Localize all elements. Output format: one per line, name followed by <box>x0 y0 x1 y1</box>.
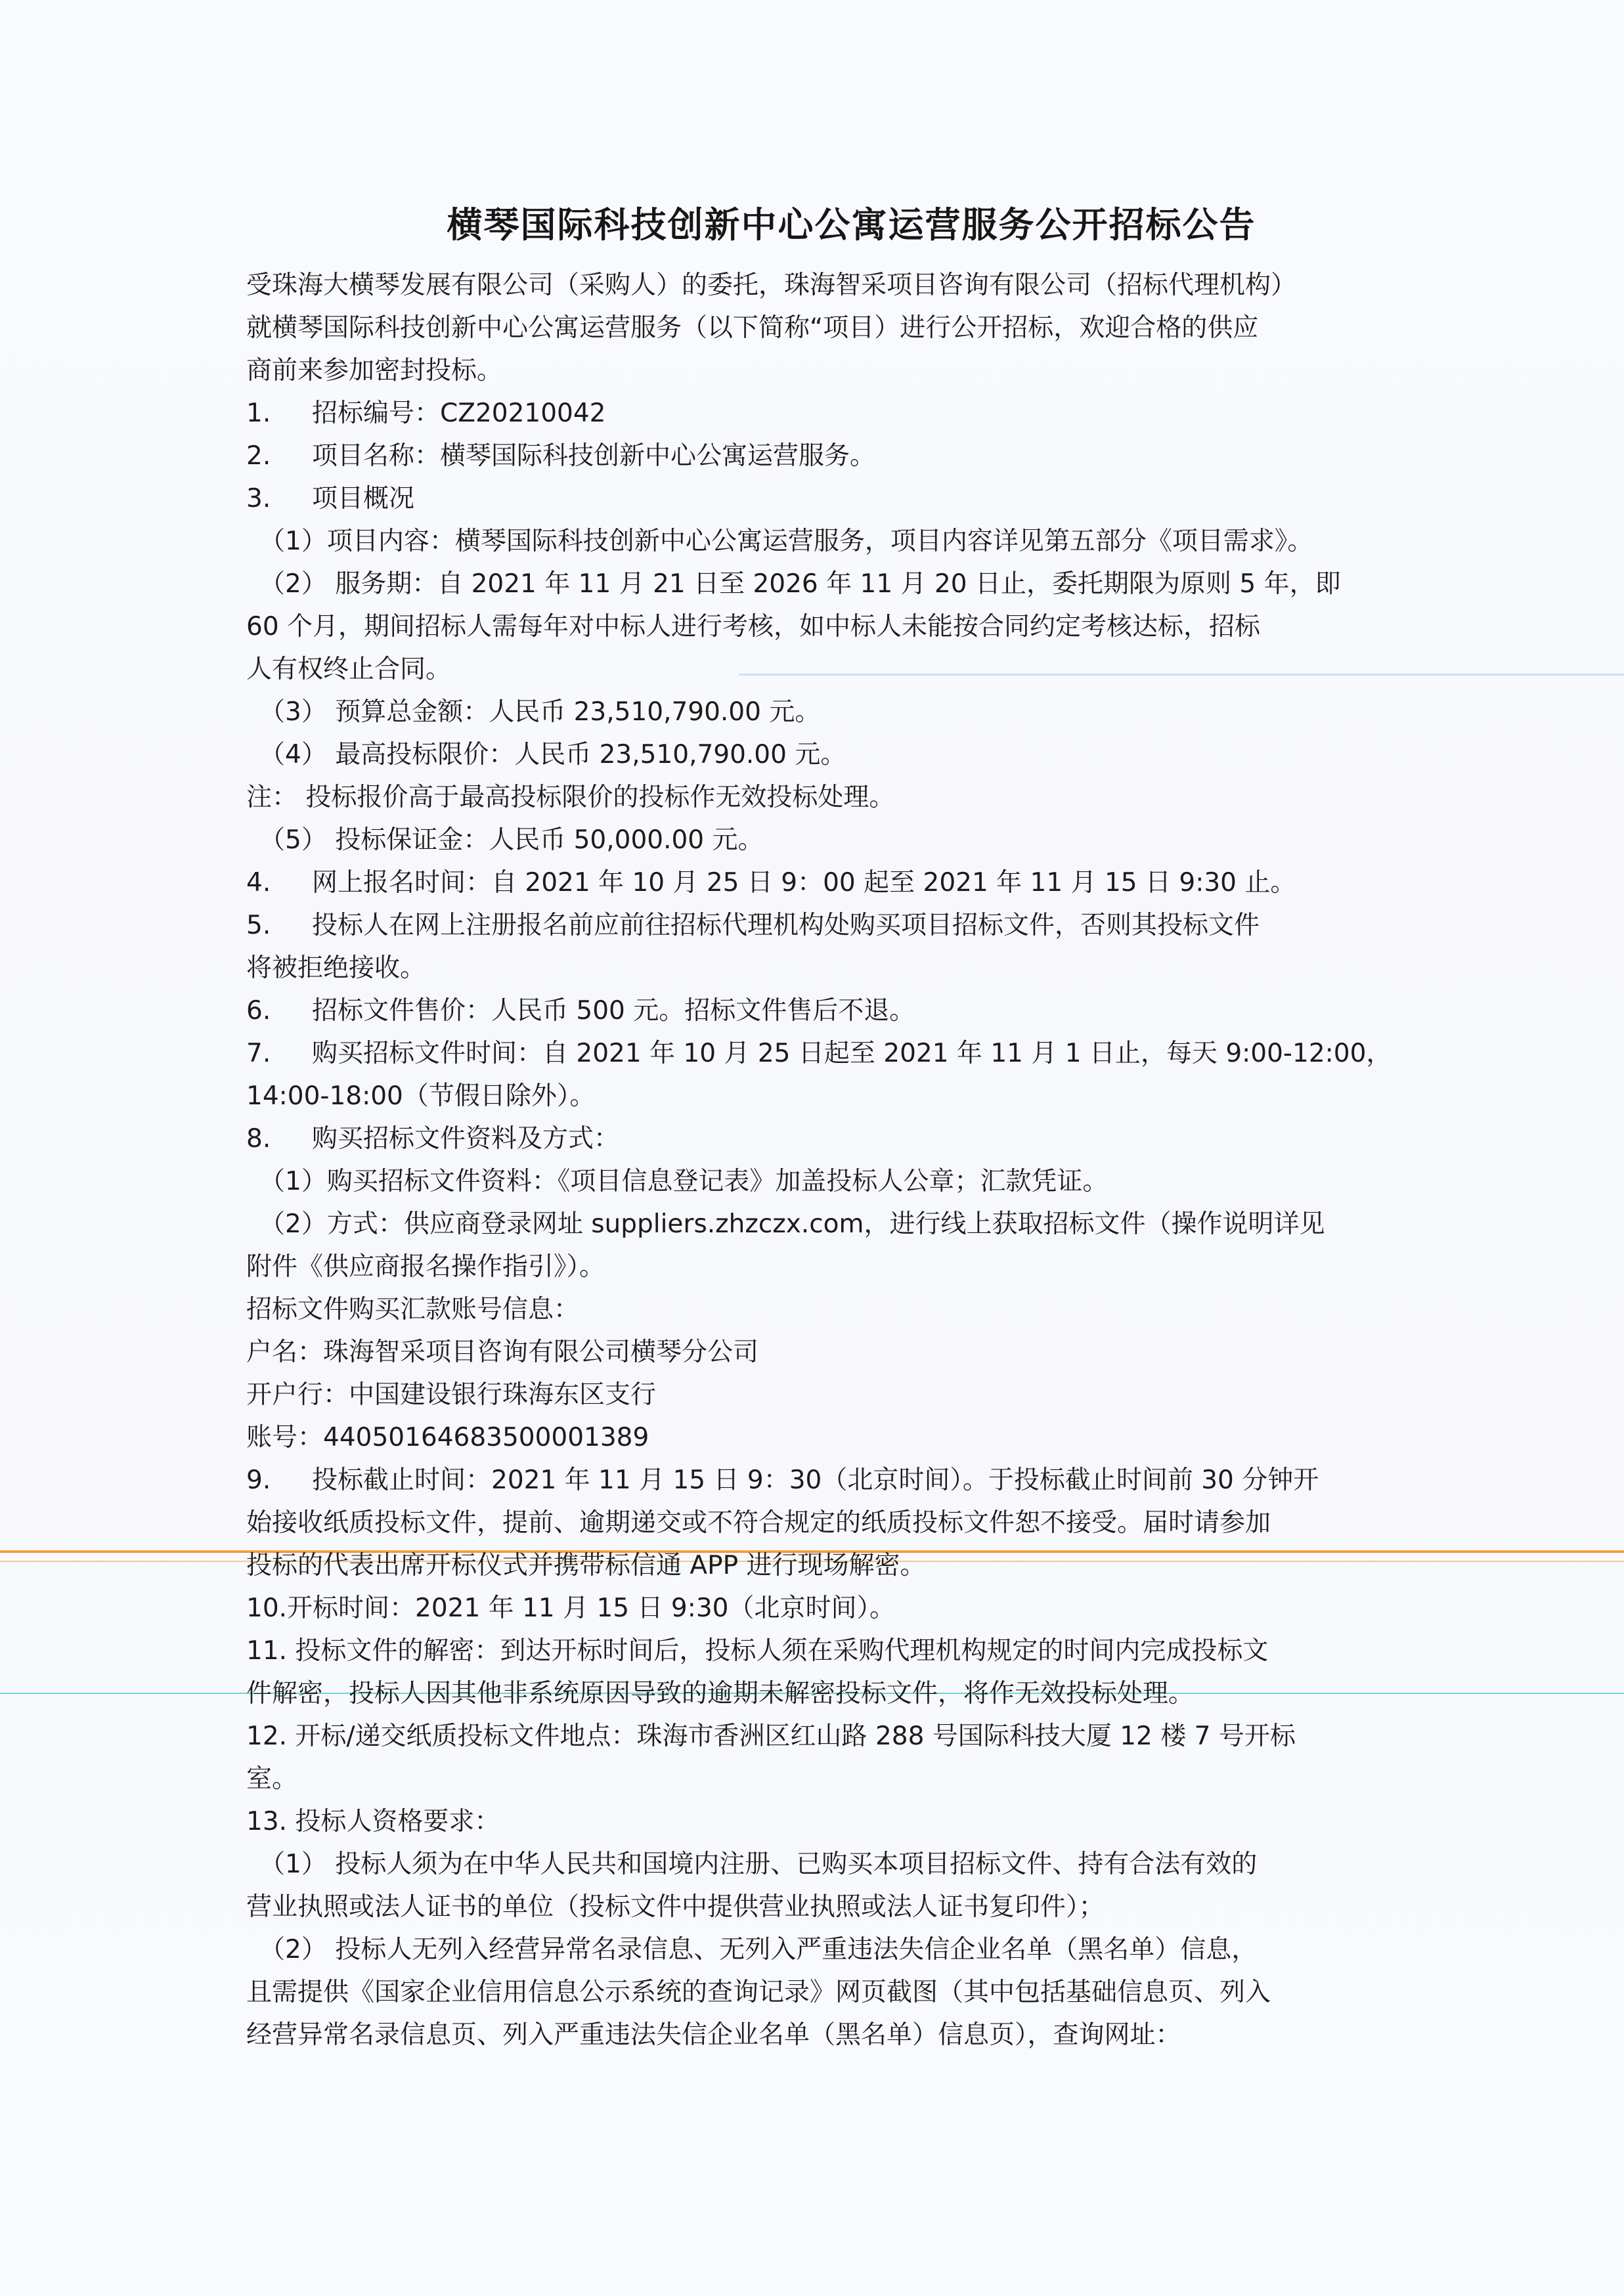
account-number: 账号：44050164683500001389 <box>246 1416 1386 1459</box>
line-text: 室。 <box>246 1764 297 1794</box>
item-number: 5. <box>246 904 312 947</box>
item-10-opening-time: 10.开标时间：2021 年 11 月 15 日 9:30（北京时间）。 <box>246 1587 1386 1630</box>
overview-content: （1）项目内容：横琴国际科技创新中心公寓运营服务，项目内容详见第五部分《项目需求… <box>246 520 1386 563</box>
line-text: 将被拒绝接收。 <box>246 953 426 983</box>
item-2-project-name: 2.项目名称：横琴国际科技创新中心公寓运营服务。 <box>246 435 1386 477</box>
line-text: （1）项目内容：横琴国际科技创新中心公寓运营服务，项目内容详见第五部分《项目需求… <box>259 527 1313 556</box>
item-9-cont-2: 投标的代表出席开标仪式并携带标信通 APP 进行现场解密。 <box>246 1544 1386 1587</box>
line-text: （2） 服务期：自 2021 年 11 月 21 日至 2026 年 11 月 … <box>259 569 1341 599</box>
item-number: 1. <box>246 392 312 435</box>
overview-service-period-cont-2: 人有权终止合同。 <box>246 648 1386 691</box>
item-12-cont: 室。 <box>246 1758 1386 1800</box>
line-text: 项目名称：横琴国际科技创新中心公寓运营服务。 <box>312 441 875 471</box>
item-number: 4. <box>246 861 312 904</box>
line-text: 账号：44050164683500001389 <box>246 1423 649 1452</box>
overview-max-bid: （4） 最高投标限价：人民币 23,510,790.00 元。 <box>246 733 1386 776</box>
line-text: （1）购买招标文件资料：《项目信息登记表》加盖投标人公章；汇款凭证。 <box>259 1167 1108 1196</box>
item-number: 9. <box>246 1459 312 1502</box>
item-1-bid-number: 1.招标编号：CZ20210042 <box>246 392 1386 435</box>
overview-service-period: （2） 服务期：自 2021 年 11 月 21 日至 2026 年 11 月 … <box>246 563 1386 605</box>
bank-name: 开户行：中国建设银行珠海东区支行 <box>246 1374 1386 1416</box>
line-text: 附件《供应商报名操作指引》）。 <box>246 1252 605 1282</box>
qualification-2: （2） 投标人无列入经营异常名录信息、无列入严重违法失信企业名单（黑名单）信息， <box>246 1928 1386 1971</box>
line-text: （2） 投标人无列入经营异常名录信息、无列入严重违法失信企业名单（黑名单）信息， <box>259 1935 1257 1964</box>
line-text: 注： 投标报价高于最高投标限价的投标作无效投标处理。 <box>246 783 894 812</box>
item-5-cont: 将被拒绝接收。 <box>246 947 1386 989</box>
item-number: 7. <box>246 1032 312 1075</box>
overview-note: 注： 投标报价高于最高投标限价的投标作无效投标处理。 <box>246 776 1386 819</box>
document-title: 横琴国际科技创新中心公寓运营服务公开招标公告 <box>0 197 1624 248</box>
line-text: 营业执照或法人证书的单位（投标文件中提供营业执照或法人证书复印件）； <box>246 1892 1105 1922</box>
line-text: 14:00-18:00（节假日除外）。 <box>246 1081 595 1111</box>
line-text: 11. 投标文件的解密：到达开标时间后，投标人须在采购代理机构规定的时间内完成投… <box>246 1636 1268 1666</box>
line-text: 投标的代表出席开标仪式并携带标信通 APP 进行现场解密。 <box>246 1551 926 1580</box>
line-text: 人有权终止合同。 <box>246 655 451 684</box>
line-text: （2）方式：供应商登录网址 suppliers.zhzczx.com，进行线上获… <box>259 1209 1325 1239</box>
item-9-cont-1: 始接收纸质投标文件，提前、逾期递交或不符合规定的纸质投标文件恕不接受。届时请参加 <box>246 1502 1386 1544</box>
item-number: 6. <box>246 989 312 1032</box>
item-5-purchase-requirement: 5.投标人在网上注册报名前应前往招标代理机构处购买项目招标文件，否则其投标文件 <box>246 904 1386 947</box>
item-number: 2. <box>246 435 312 477</box>
line-text: （1） 投标人须为在中华人民共和国境内注册、已购买本项目招标文件、持有合法有效的 <box>259 1850 1257 1879</box>
line-text: 且需提供《国家企业信用信息公示系统的查询记录》网页截图（其中包括基础信息页、列入 <box>246 1978 1271 2007</box>
line-text: 网上报名时间：自 2021 年 10 月 25 日 9：00 起至 2021 年… <box>312 868 1296 898</box>
item-8-purchase-method: 8.购买招标文件资料及方式： <box>246 1117 1386 1160</box>
line-text: 招标文件购买汇款账号信息： <box>246 1295 579 1324</box>
line-text: 购买招标文件时间：自 2021 年 10 月 25 日起至 2021 年 11 … <box>312 1039 1392 1068</box>
line-text: 经营异常名录信息页、列入严重违法失信企业名单（黑名单）信息页），查询网址： <box>246 2020 1181 2050</box>
line-text: 招标编号：CZ20210042 <box>312 399 605 428</box>
item-6-document-price: 6.招标文件售价：人民币 500 元。招标文件售后不退。 <box>246 989 1386 1032</box>
scanned-page: 横琴国际科技创新中心公寓运营服务公开招标公告 受珠海大横琴发展有限公司（采购人）… <box>0 0 1624 2296</box>
line-text: 10.开标时间：2021 年 11 月 15 日 9:30（北京时间）。 <box>246 1593 895 1623</box>
line-text: 就横琴国际科技创新中心公寓运营服务（以下简称“项目）进行公开招标，欢迎合格的供应 <box>246 313 1258 343</box>
overview-budget: （3） 预算总金额：人民币 23,510,790.00 元。 <box>246 691 1386 733</box>
line-text: 件解密，投标人因其他非系统原因导致的逾期未解密投标文件，将作无效投标处理。 <box>246 1679 1194 1708</box>
line-text: （5） 投标保证金：人民币 50,000.00 元。 <box>259 825 764 855</box>
remittance-info-heading: 招标文件购买汇款账号信息： <box>246 1288 1386 1331</box>
item-12-location: 12. 开标/递交纸质投标文件地点：珠海市香洲区红山路 288 号国际科技大厦 … <box>246 1715 1386 1758</box>
document-body: 受珠海大横琴发展有限公司（采购人）的委托，珠海智采项目咨询有限公司（招标代理机构… <box>246 264 1386 2056</box>
item-7-purchase-time: 7.购买招标文件时间：自 2021 年 10 月 25 日起至 2021 年 1… <box>246 1032 1386 1075</box>
line-text: 投标截止时间：2021 年 11 月 15 日 9：30（北京时间）。于投标截止… <box>312 1465 1319 1495</box>
line-text: 13. 投标人资格要求： <box>246 1807 500 1836</box>
purchase-materials: （1）购买招标文件资料：《项目信息登记表》加盖投标人公章；汇款凭证。 <box>246 1160 1386 1203</box>
intro-line-2: 就横琴国际科技创新中心公寓运营服务（以下简称“项目）进行公开招标，欢迎合格的供应 <box>246 307 1386 349</box>
line-text: 招标文件售价：人民币 500 元。招标文件售后不退。 <box>312 996 915 1026</box>
line-text: 投标人在网上注册报名前应前往招标代理机构处购买项目招标文件，否则其投标文件 <box>312 911 1260 940</box>
line-text: （4） 最高投标限价：人民币 23,510,790.00 元。 <box>259 740 846 769</box>
line-text: 项目概况 <box>312 484 414 513</box>
item-4-registration-time: 4.网上报名时间：自 2021 年 10 月 25 日 9：00 起至 2021… <box>246 861 1386 904</box>
item-9-bid-deadline: 9.投标截止时间：2021 年 11 月 15 日 9：30（北京时间）。于投标… <box>246 1459 1386 1502</box>
line-text: 60 个月，期间招标人需每年对中标人进行考核，如中标人未能按合同约定考核达标，招… <box>246 612 1260 641</box>
line-text: 商前来参加密封投标。 <box>246 356 502 385</box>
purchase-method-online: （2）方式：供应商登录网址 suppliers.zhzczx.com，进行线上获… <box>246 1203 1386 1245</box>
qualification-2-cont-2: 经营异常名录信息页、列入严重违法失信企业名单（黑名单）信息页），查询网址： <box>246 2014 1386 2056</box>
line-text: 户名：珠海智采项目咨询有限公司横琴分公司 <box>246 1337 758 1367</box>
account-name: 户名：珠海智采项目咨询有限公司横琴分公司 <box>246 1331 1386 1374</box>
line-text: 受珠海大横琴发展有限公司（采购人）的委托，珠海智采项目咨询有限公司（招标代理机构… <box>246 271 1296 300</box>
qualification-2-cont-1: 且需提供《国家企业信用信息公示系统的查询记录》网页截图（其中包括基础信息页、列入 <box>246 1971 1386 2014</box>
item-7-cont: 14:00-18:00（节假日除外）。 <box>246 1075 1386 1117</box>
qualification-1: （1） 投标人须为在中华人民共和国境内注册、已购买本项目招标文件、持有合法有效的 <box>246 1843 1386 1886</box>
line-text: 12. 开标/递交纸质投标文件地点：珠海市香洲区红山路 288 号国际科技大厦 … <box>246 1722 1296 1751</box>
line-text: 开户行：中国建设银行珠海东区支行 <box>246 1380 656 1410</box>
item-number: 8. <box>246 1117 312 1160</box>
line-text: 购买招标文件资料及方式： <box>312 1124 619 1154</box>
item-11-decryption: 11. 投标文件的解密：到达开标时间后，投标人须在采购代理机构规定的时间内完成投… <box>246 1630 1386 1672</box>
item-number: 3. <box>246 477 312 520</box>
overview-deposit: （5） 投标保证金：人民币 50,000.00 元。 <box>246 819 1386 861</box>
intro-line-3: 商前来参加密封投标。 <box>246 349 1386 392</box>
qualification-1-cont: 营业执照或法人证书的单位（投标文件中提供营业执照或法人证书复印件）； <box>246 1886 1386 1928</box>
intro-line-1: 受珠海大横琴发展有限公司（采购人）的委托，珠海智采项目咨询有限公司（招标代理机构… <box>246 264 1386 307</box>
purchase-method-cont: 附件《供应商报名操作指引》）。 <box>246 1245 1386 1288</box>
line-text: 始接收纸质投标文件，提前、逾期递交或不符合规定的纸质投标文件恕不接受。届时请参加 <box>246 1508 1271 1538</box>
item-11-cont: 件解密，投标人因其他非系统原因导致的逾期未解密投标文件，将作无效投标处理。 <box>246 1672 1386 1715</box>
item-13-qualifications: 13. 投标人资格要求： <box>246 1800 1386 1843</box>
line-text: （3） 预算总金额：人民币 23,510,790.00 元。 <box>259 697 820 727</box>
overview-service-period-cont-1: 60 个月，期间招标人需每年对中标人进行考核，如中标人未能按合同约定考核达标，招… <box>246 605 1386 648</box>
item-3-project-overview: 3.项目概况 <box>246 477 1386 520</box>
